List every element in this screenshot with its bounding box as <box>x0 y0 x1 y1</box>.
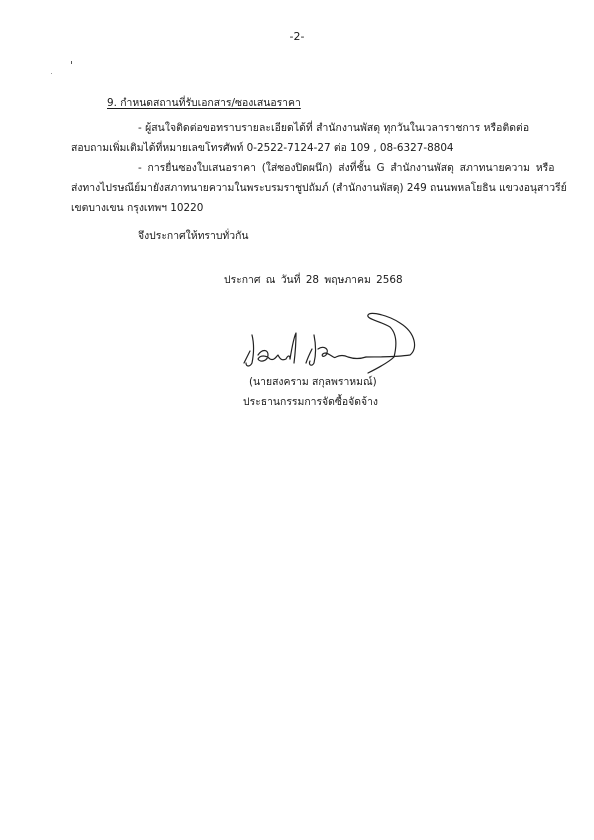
signature-icon <box>240 305 420 375</box>
announcement-date: ประกาศ ณ วันที่ 28 พฤษภาคม 2568 <box>224 273 403 287</box>
page-number: -2- <box>0 30 594 43</box>
signatory-name: (นายสงคราม สกุลพราหมณ์) <box>249 375 377 389</box>
submission-info-line-1: - การยื่นซองใบเสนอราคา (ใส่ซองปิดผนึก) ส… <box>138 161 555 175</box>
section-heading: 9. กำหนดสถานที่รับเอกสาร/ซองเสนอราคา <box>107 96 301 110</box>
contact-info-line-2: สอบถามเพิ่มเติมได้ที่หมายเลขโทรศัพท์ 0-2… <box>71 141 454 155</box>
contact-info-line-1: - ผู้สนใจติดต่อขอทราบรายละเอียดได้ที่ สำ… <box>138 121 529 135</box>
scan-artifact <box>71 61 72 64</box>
document-page: -2- 9. กำหนดสถานที่รับเอกสาร/ซองเสนอราคา… <box>0 0 594 840</box>
signatory-position: ประธานกรรมการจัดซื้อจัดจ้าง <box>243 395 378 409</box>
submission-info-line-3: เขตบางเขน กรุงเทพฯ 10220 <box>71 201 203 215</box>
closing-statement: จึงประกาศให้ทราบทั่วกัน <box>138 229 249 243</box>
scan-artifact <box>51 73 52 74</box>
submission-info-line-2: ส่งทางไปรษณีย์มายังสภาทนายความในพระบรมรา… <box>71 181 567 195</box>
